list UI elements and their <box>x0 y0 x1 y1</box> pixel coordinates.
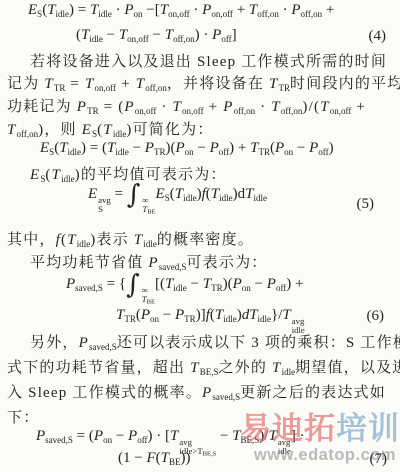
equation-5-number: (5) <box>357 196 375 213</box>
paragraph-1-line-2: 记为 TTR = Ton,off + Toff,on，并将设备在 TTR时间段内… <box>7 72 400 93</box>
paragraph-2-line-1: 另外，Psaved,S还可以表示成以下 3 项的乘积：S 工作模 <box>30 331 400 352</box>
equation-5: EavgS = ∫∞TBEES(Tidle)f(Tidle)dTidle <box>88 186 267 216</box>
watermark-brand-blue-text: 培训 <box>336 411 400 446</box>
equation-6-line-1: Psaved,S = {∫∞TBE[(Tidle − TTR)(Pon − Po… <box>66 276 304 306</box>
equation-4-line-2: (Tidle − Ton,off − Toff,on) · Poff] <box>76 27 237 44</box>
equation-6-number: (6) <box>367 308 385 325</box>
scanned-paper-page: ES(Tidle) = Tidle · Pon −[Ton,off · Pon,… <box>0 0 400 472</box>
paragraph-1-line-4: Toff,on)，则 ES(Tidle)可简化为： <box>7 118 214 139</box>
paragraph-2-line-3: 入 Sleep 工作模式的概率。Psaved,S更新之后的表达式如 <box>7 381 386 402</box>
power-saved-intro: 平均功耗节省值 Psaved,S可表示为： <box>30 251 268 272</box>
paragraph-1-line-1: 若将设备进入以及退出 Sleep 工作模式所需的时间 <box>30 50 387 71</box>
equation-7-number: (7) <box>370 451 388 468</box>
paragraph-2-line-2: 式下的功耗节省量，超出 TBE,S之外的 Tidle期望值，以及进 <box>7 356 400 377</box>
watermark-brand-logo: 易迪拓培训 <box>240 413 400 444</box>
paragraph-1-line-3: 功耗记为 PTR = (Pon,off · Ton,off + Poff,on … <box>7 95 366 116</box>
equation-4-number: (4) <box>369 28 387 45</box>
equation-simplified: ES(Tidle) = (Tidle − PTR)(Pon − Poff) + … <box>40 140 334 157</box>
equation-4-line-1: ES(Tidle) = Tidle · Pon −[Ton,off · Pon,… <box>28 2 334 19</box>
equation-7-line-2: (1 − F(TBE)) <box>118 450 191 467</box>
paragraph-2-line-4: 下： <box>7 406 39 427</box>
watermark-brand-red-text: 易迪拓 <box>240 411 336 446</box>
probability-density-note: 其中，f(Tidle)表示 Tidle的概率密度。 <box>7 228 254 249</box>
